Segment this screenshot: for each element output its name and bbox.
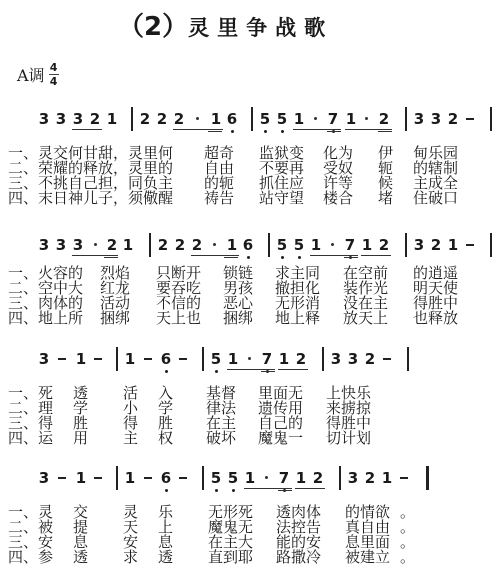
time-bottom: 4 <box>50 76 58 87</box>
dash <box>58 358 66 360</box>
dash <box>94 358 102 360</box>
beam <box>191 255 239 256</box>
note: 6 <box>160 469 172 487</box>
beam <box>361 255 391 256</box>
note: 5 <box>210 350 222 368</box>
note: 2 <box>447 110 459 128</box>
note: 7 <box>327 110 339 128</box>
dash <box>94 477 102 479</box>
note: 3 <box>38 469 50 487</box>
barline <box>202 466 204 490</box>
note: 3 <box>72 236 84 254</box>
beam <box>261 371 275 372</box>
dash <box>179 477 187 479</box>
note: 1 <box>345 110 357 128</box>
beam <box>345 129 392 130</box>
dot <box>94 243 97 246</box>
beam <box>295 488 325 489</box>
note: 2 <box>378 236 390 254</box>
note: 2 <box>174 236 186 254</box>
note: 1 <box>278 350 290 368</box>
barline <box>322 347 324 371</box>
beam <box>208 131 222 132</box>
note: 1 <box>124 469 136 487</box>
song-title-text: 灵里争战歌 <box>188 16 333 40</box>
note: 3 <box>72 110 84 128</box>
note: 7 <box>278 469 290 487</box>
barline <box>407 347 409 371</box>
beam <box>293 129 341 130</box>
beam <box>244 488 292 489</box>
dot <box>213 243 216 246</box>
note: 7 <box>344 236 356 254</box>
note: 2 <box>378 110 390 128</box>
note: 2 <box>364 469 376 487</box>
barline <box>202 347 204 371</box>
note: 3 <box>55 110 67 128</box>
notation-line-3: 3 1 1 6 5 1 7 1 2 3 3 2 <box>0 350 500 374</box>
dot <box>196 117 199 120</box>
dash <box>400 477 408 479</box>
note: 1 <box>227 350 239 368</box>
barline <box>268 233 270 257</box>
dot <box>314 117 317 120</box>
note: 2 <box>157 236 169 254</box>
note: 1 <box>293 110 305 128</box>
dot <box>365 117 368 120</box>
key-label: A调 <box>17 63 45 86</box>
barline <box>405 233 407 257</box>
dash <box>58 477 66 479</box>
song-number: （2） <box>118 12 188 42</box>
note: 5 <box>276 110 288 128</box>
end-barline <box>426 466 429 490</box>
note: 1 <box>210 110 222 128</box>
note: 3 <box>330 350 342 368</box>
note: 1 <box>226 236 238 254</box>
note: 1 <box>310 236 322 254</box>
beam <box>104 257 118 258</box>
dash <box>383 358 391 360</box>
note: 1 <box>244 469 256 487</box>
note: 3 <box>347 469 359 487</box>
note: 3 <box>55 236 67 254</box>
note: 2 <box>191 236 203 254</box>
beam <box>310 255 358 256</box>
song-title: （2）灵里争战歌 <box>118 6 333 43</box>
note: 5 <box>293 236 305 254</box>
dash <box>144 358 152 360</box>
dash <box>144 477 152 479</box>
barline <box>339 466 341 490</box>
beam <box>72 129 102 130</box>
note: 1 <box>75 350 87 368</box>
note: 2 <box>312 469 324 487</box>
note: 5 <box>259 110 271 128</box>
note: 3 <box>413 236 425 254</box>
notation-line-2: 3 3 3 2 1 2 2 2 1 6 5 5 1 7 1 2 3 2 1 <box>0 236 500 260</box>
note: 6 <box>160 350 172 368</box>
beam <box>327 131 341 132</box>
beam <box>227 369 275 370</box>
note: 2 <box>364 350 376 368</box>
beam <box>173 129 223 130</box>
dot <box>265 476 268 479</box>
dot <box>248 357 251 360</box>
note: 2 <box>156 110 168 128</box>
barline <box>405 107 407 131</box>
beam <box>278 369 308 370</box>
note: 2 <box>430 236 442 254</box>
note: 3 <box>38 236 50 254</box>
note: 5 <box>276 236 288 254</box>
note: 5 <box>227 469 239 487</box>
note: 3 <box>38 350 50 368</box>
note: 2 <box>139 110 151 128</box>
note: 1 <box>75 469 87 487</box>
barline <box>490 233 492 257</box>
note: 1 <box>106 110 118 128</box>
dash <box>466 244 474 246</box>
dot <box>331 243 334 246</box>
beam <box>344 257 358 258</box>
beam <box>378 131 392 132</box>
note: 2 <box>173 110 185 128</box>
barline <box>116 466 118 490</box>
barline <box>131 107 133 131</box>
note: 1 <box>381 469 393 487</box>
note: 3 <box>430 110 442 128</box>
barline <box>490 107 492 131</box>
beam <box>224 257 238 258</box>
note: 2 <box>89 110 101 128</box>
note: 7 <box>261 350 273 368</box>
note: 2 <box>106 236 118 254</box>
note: 3 <box>38 110 50 128</box>
time-signature: 4 4 <box>49 62 59 87</box>
note: 6 <box>242 236 254 254</box>
beam <box>278 490 292 491</box>
notation-line-4: 3 1 1 6 5 5 1 7 1 2 3 2 1 <box>0 469 500 493</box>
dash <box>466 118 474 120</box>
key-signature: A调 4 4 <box>17 62 59 87</box>
note: 1 <box>124 350 136 368</box>
barline <box>116 347 118 371</box>
note: 1 <box>361 236 373 254</box>
note: 2 <box>295 350 307 368</box>
note: 1 <box>122 236 134 254</box>
note: 6 <box>226 110 238 128</box>
beam <box>72 255 118 256</box>
barline <box>251 107 253 131</box>
time-top: 4 <box>50 62 58 73</box>
note: 1 <box>447 236 459 254</box>
note: 5 <box>210 469 222 487</box>
dash <box>179 358 187 360</box>
note: 3 <box>347 350 359 368</box>
notation-line-1: 3 3 3 2 1 2 2 2 1 6 5 5 1 7 1 2 3 3 2 <box>0 110 500 134</box>
note: 1 <box>295 469 307 487</box>
note: 3 <box>413 110 425 128</box>
barline <box>149 233 151 257</box>
